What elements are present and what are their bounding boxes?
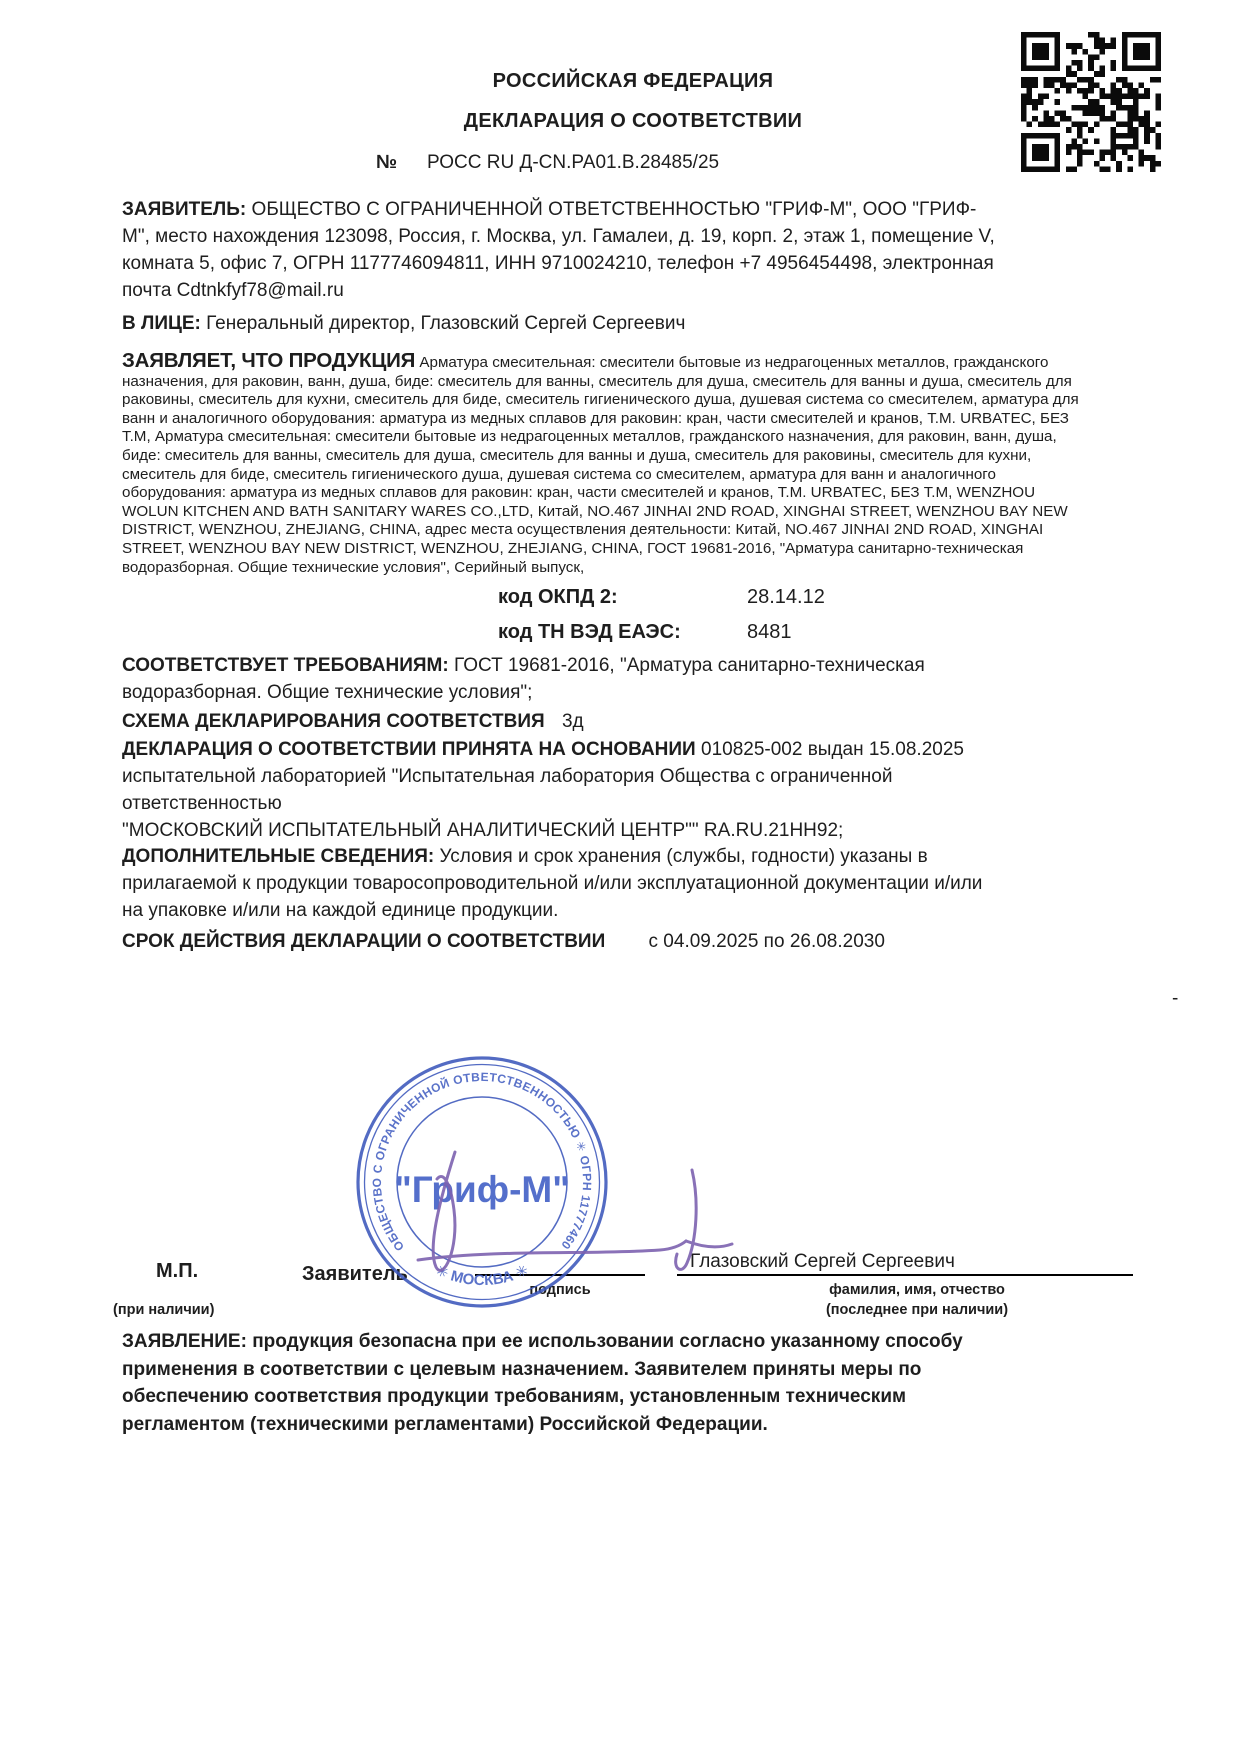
- validity-value: с 04.09.2025 по 26.08.2030: [649, 931, 885, 952]
- okpd-code-label: код ОКПД 2:: [498, 586, 618, 609]
- qr-code: [1021, 32, 1161, 172]
- name-caption-2: (последнее при наличии): [690, 1302, 1144, 1318]
- applicant-label: ЗАЯВИТЕЛЬ:: [122, 199, 246, 220]
- scheme-label: СХЕМА ДЕКЛАРИРОВАНИЯ СООТВЕТСТВИЯ: [122, 711, 545, 732]
- product-text: Арматура смесительная: смесители бытовые…: [122, 354, 1079, 576]
- name-line: [677, 1252, 1133, 1276]
- number-sign: №: [376, 152, 397, 174]
- additional-label: ДОПОЛНИТЕЛЬНЫЕ СВЕДЕНИЯ:: [122, 846, 434, 867]
- stamp-ring-text: ОБЩЕСТВО С ОГРАНИЧЕННОЙ ОТВЕТСТВЕННОСТЬЮ…: [352, 1052, 594, 1254]
- person-paragraph: В ЛИЦЕ: Генеральный директор, Глазовский…: [122, 310, 1184, 337]
- signature-line: [475, 1252, 645, 1276]
- stamp-place-note: (при наличии): [113, 1302, 214, 1318]
- applicant-role-label: Заявитель: [302, 1263, 408, 1286]
- okpd-code-value: 28.14.12: [747, 586, 825, 609]
- conformity-label: СООТВЕТСТВУЕТ ТРЕБОВАНИЯМ:: [122, 655, 449, 676]
- validity-row: СРОК ДЕЙСТВИЯ ДЕКЛАРАЦИИ О СООТВЕТСТВИИ …: [122, 928, 1184, 955]
- document-title: ДЕКЛАРАЦИЯ О СООТВЕТСТВИИ: [122, 110, 1144, 133]
- applicant-text: ОБЩЕСТВО С ОГРАНИЧЕННОЙ ОТВЕТСТВЕННОСТЬЮ…: [122, 199, 995, 301]
- declaration-number: РОСС RU Д-CN.РА01.В.28485/25: [427, 152, 719, 174]
- scheme-row: СХЕМА ДЕКЛАРИРОВАНИЯ СООТВЕТСТВИЯ 3д: [122, 708, 1184, 735]
- declaration-document: РОССИЙСКАЯ ФЕДЕРАЦИЯ ДЕКЛАРАЦИЯ О СООТВЕ…: [0, 0, 1240, 1754]
- person-label: В ЛИЦЕ:: [122, 313, 201, 334]
- person-text: Генеральный директор, Глазовский Сергей …: [206, 313, 685, 334]
- stray-dash: -: [1172, 988, 1178, 1010]
- statement-text: продукция безопасна при ее использовании…: [122, 1331, 963, 1435]
- header-country: РОССИЙСКАЯ ФЕДЕРАЦИЯ: [122, 70, 1144, 93]
- statement-paragraph: ЗАЯВЛЕНИЕ: продукция безопасна при ее ис…: [122, 1328, 1134, 1438]
- name-caption: фамилия, имя, отчество: [690, 1282, 1144, 1298]
- applicant-paragraph: ЗАЯВИТЕЛЬ: ОБЩЕСТВО С ОГРАНИЧЕННОЙ ОТВЕТ…: [122, 196, 1184, 304]
- additional-paragraph: ДОПОЛНИТЕЛЬНЫЕ СВЕДЕНИЯ: Условия и срок …: [122, 843, 1184, 924]
- stamp-place-label: М.П.: [156, 1260, 198, 1283]
- signature-loop-stroke: [433, 1152, 455, 1270]
- stamp-inner-circle: [397, 1097, 567, 1267]
- validity-label: СРОК ДЕЙСТВИЯ ДЕКЛАРАЦИИ О СООТВЕТСТВИИ: [122, 931, 605, 952]
- scheme-value: 3д: [562, 711, 584, 732]
- signature-caption: подпись: [475, 1282, 645, 1298]
- tnved-code-value: 8481: [747, 621, 792, 644]
- basis-paragraph: ДЕКЛАРАЦИЯ О СООТВЕТСТВИИ ПРИНЯТА НА ОСН…: [122, 736, 1184, 844]
- basis-label: ДЕКЛАРАЦИЯ О СООТВЕТСТВИИ ПРИНЯТА НА ОСН…: [122, 739, 696, 760]
- tnved-code-label: код ТН ВЭД ЕАЭС:: [498, 621, 681, 644]
- product-paragraph: ЗАЯВЛЯЕТ, ЧТО ПРОДУКЦИЯ Арматура смесите…: [122, 352, 1197, 577]
- stamp-company-name: "Гриф-М": [394, 1169, 570, 1210]
- signature-tail-stroke: [686, 1241, 732, 1247]
- conformity-paragraph: СООТВЕТСТВУЕТ ТРЕБОВАНИЯМ: ГОСТ 19681-20…: [122, 652, 1184, 706]
- svg-text:ОБЩЕСТВО С ОГРАНИЧЕННОЙ ОТВЕТС: ОБЩЕСТВО С ОГРАНИЧЕННОЙ ОТВЕТСТВЕННОСТЬЮ…: [352, 1052, 594, 1254]
- product-label: ЗАЯВЛЯЕТ, ЧТО ПРОДУКЦИЯ: [122, 349, 415, 372]
- statement-label: ЗАЯВЛЕНИЕ:: [122, 1331, 247, 1352]
